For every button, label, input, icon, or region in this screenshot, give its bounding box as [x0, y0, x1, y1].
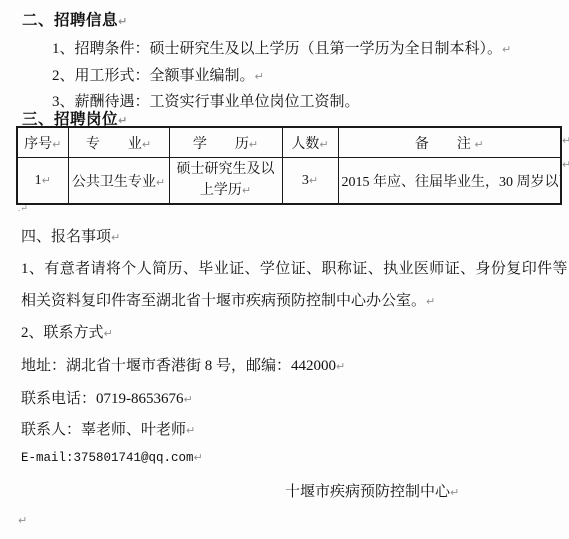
paragraph-mark: ↵ [186, 424, 195, 437]
cell-degree-text: 硕士研究生及以上学历 [177, 162, 275, 197]
cell-count-text: 3 [302, 173, 309, 188]
row-end-mark: ↵ [562, 134, 569, 147]
signature-line: 十堰市疾病预防控制中心↵ [285, 480, 459, 501]
empty-paragraph: .↵ [18, 203, 28, 214]
section4-p1-line1: 1、有意者请将个人简历、毕业证、学位证、职称证、执业医师证、身份复印件等 [21, 257, 568, 278]
header-cell-degree: 学 历↵ [169, 127, 282, 158]
cell-no-text: 1 [35, 173, 42, 188]
section2-heading-text: 二、招聘信息 [22, 12, 118, 29]
cell-major: 公共卫生专业↵ [68, 158, 169, 205]
header-degree-text: 学 历 [193, 137, 249, 152]
section4-p2-text: 2、联系方式 [21, 325, 104, 341]
contact-text: 联系人：辜老师、叶老师 [21, 422, 186, 438]
final-paragraph-mark: ↵ [18, 514, 27, 527]
row-end-mark: ↵ [562, 158, 569, 171]
section4-p1-line2-text: 相关资料复印件寄至湖北省十堰市疾病预防控制中心办公室。 [21, 293, 426, 309]
paragraph-mark: ↵ [184, 393, 193, 406]
header-cell-major: 专 业↵ [68, 127, 169, 158]
cell-major-text: 公共卫生专业 [72, 175, 156, 190]
paragraph-mark: ↵ [20, 203, 28, 213]
paragraph-mark: ↵ [502, 43, 511, 56]
cell-remark: 2015 年应、往届毕业生，30 周岁以下↵ [338, 158, 561, 205]
address-text: 地址：湖北省十堰市香港街 8 号，邮编：442000 [21, 358, 336, 374]
document-page: 二、招聘信息↵ 1、招聘条件：硕士研究生及以上学历（且第一学历为全日制本科）。↵… [0, 0, 569, 539]
email-line: E-mail:375801741@qq.com↵ [21, 451, 203, 465]
section4-p1-line2: 相关资料复印件寄至湖北省十堰市疾病预防控制中心办公室。↵ [21, 289, 435, 310]
paragraph-mark: ↵ [450, 486, 459, 499]
paragraph-mark: ↵ [52, 138, 61, 151]
section2-item1-text: 1、招聘条件：硕士研究生及以上学历（且第一学历为全日制本科）。 [52, 41, 502, 57]
section4-p1-line1-text: 1、有意者请将个人简历、毕业证、学位证、职称证、执业医师证、身份复印件等 [21, 261, 568, 277]
section4-heading-text: 四、报名事项 [21, 229, 111, 245]
table-header-row: 序号↵ 专 业↵ 学 历↵ 人数↵ 备 注 ↵ [17, 127, 561, 158]
phone-line: 联系电话：0719-8653676↵ [21, 387, 193, 408]
phone-text: 联系电话：0719-8653676 [21, 391, 184, 407]
table-row: 1↵ 公共卫生专业↵ 硕士研究生及以上学历↵ 3↵ 2015 年应、往届毕业生，… [17, 158, 561, 205]
paragraph-mark: ↵ [142, 138, 151, 151]
header-no-text: 序号 [24, 137, 52, 152]
header-cell-count: 人数↵ [282, 127, 338, 158]
signature-text: 十堰市疾病预防控制中心 [285, 484, 450, 500]
cell-count: 3↵ [282, 158, 338, 205]
paragraph-mark: ↵ [111, 231, 120, 244]
contact-line: 联系人：辜老师、叶老师↵ [21, 418, 195, 439]
paragraph-mark: ↵ [426, 295, 435, 308]
paragraph-mark: ↵ [194, 451, 203, 464]
header-remark-text: 备 注 [415, 137, 471, 152]
header-cell-remark: 备 注 ↵ [338, 127, 561, 158]
paragraph-mark: ↵ [156, 176, 165, 189]
cell-remark-text: 2015 年应、往届毕业生，30 周岁以下 [342, 175, 562, 190]
address-line: 地址：湖北省十堰市香港街 8 号，邮编：442000↵ [21, 354, 345, 375]
paragraph-mark: ↵ [104, 327, 113, 340]
paragraph-mark: ↵ [474, 138, 483, 151]
section4-p2: 2、联系方式↵ [21, 321, 113, 342]
paragraph-mark: ↵ [118, 15, 128, 28]
paragraph-mark: ↵ [242, 184, 251, 197]
header-major-text: 专 业 [86, 137, 142, 152]
section2-heading: 二、招聘信息↵ [22, 8, 128, 30]
cell-no: 1↵ [17, 158, 68, 205]
cell-degree: 硕士研究生及以上学历↵ [169, 158, 282, 205]
position-table: 序号↵ 专 业↵ 学 历↵ 人数↵ 备 注 ↵ 1↵ 公共卫生专业↵ 硕士研究生… [16, 126, 562, 205]
paragraph-mark: ↵ [336, 360, 345, 373]
paragraph-mark: ↵ [255, 70, 264, 83]
paragraph-mark: ↵ [319, 138, 328, 151]
section2-item1: 1、招聘条件：硕士研究生及以上学历（且第一学历为全日制本科）。↵ [52, 37, 511, 58]
email-text: E-mail:375801741@qq.com [21, 451, 194, 465]
paragraph-mark: ↵ [249, 138, 258, 151]
section2-item2: 2、用工形式：全额事业编制。↵ [52, 64, 264, 85]
header-count-text: 人数 [291, 137, 319, 152]
paragraph-mark: ↵ [309, 174, 318, 187]
section4-heading: 四、报名事项↵ [21, 225, 120, 246]
header-cell-no: 序号↵ [17, 127, 68, 158]
section2-item2-text: 2、用工形式：全额事业编制。 [52, 68, 255, 84]
position-table-container: 序号↵ 专 业↵ 学 历↵ 人数↵ 备 注 ↵ 1↵ 公共卫生专业↵ 硕士研究生… [16, 126, 562, 205]
paragraph-mark: ↵ [42, 174, 51, 187]
